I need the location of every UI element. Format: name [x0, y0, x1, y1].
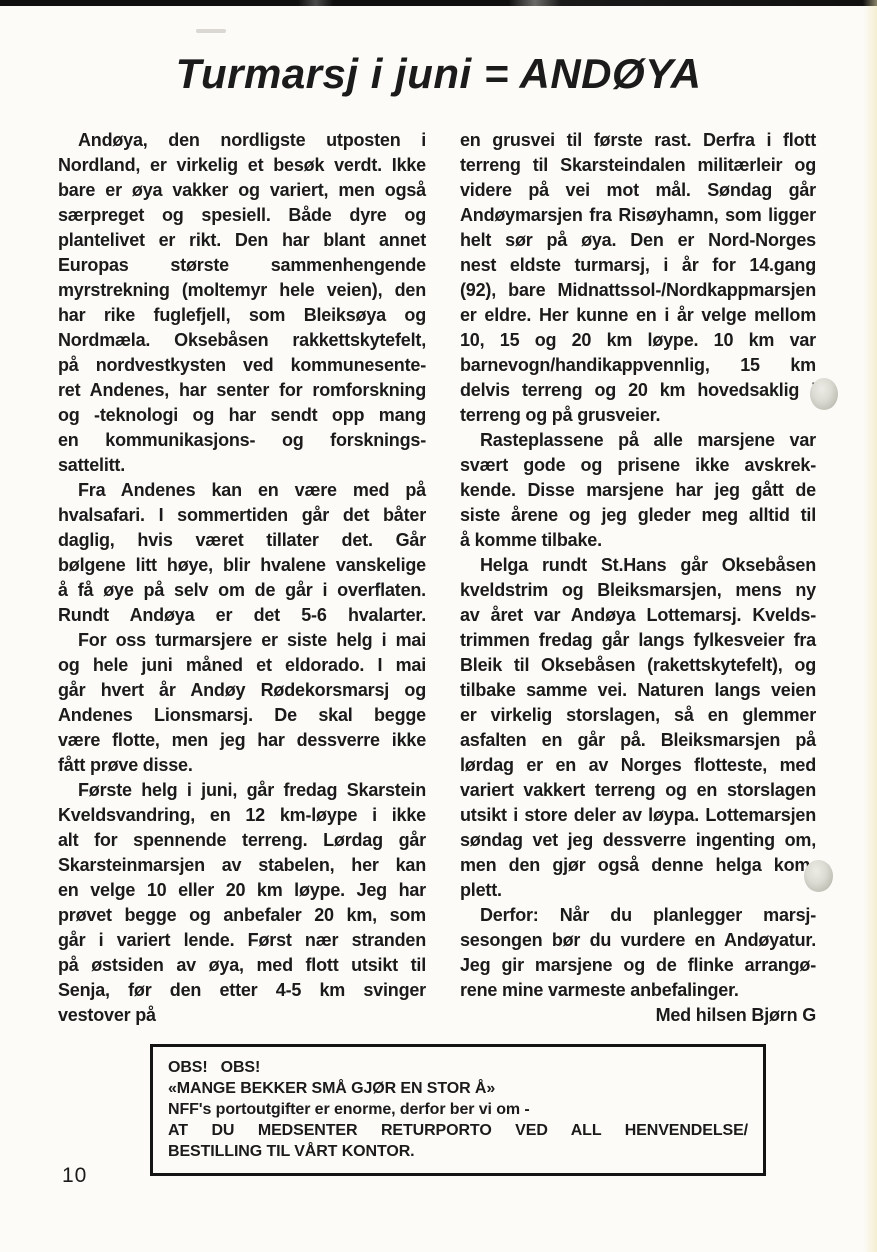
article-right-column: en grusvei til første rast. Derfra i flo…	[460, 128, 816, 1028]
text-line: sattelitt.	[58, 453, 426, 478]
page-number: 10	[62, 1163, 87, 1189]
notice-box: OBS! OBS!«MANGE BEKKER SMÅ GJØR EN STOR …	[150, 1044, 766, 1176]
text-line: videre på vei mot mål. Søndag går	[460, 178, 816, 203]
text-line: Rundt Andøya er det 5-6 hvalarter.	[58, 603, 426, 628]
scan-edge-bar	[0, 0, 877, 6]
text-line: på nordvestkysten ved kommunesente-	[58, 353, 426, 378]
text-line: 10, 15 og 20 km løype. 10 km var	[460, 328, 816, 353]
text-line: kveldstrim og Bleiksmarsjen, mens ny	[460, 578, 816, 603]
text-line: plett.	[460, 878, 816, 903]
text-line: Nordmæla. Oksebåsen rakkettskytefelt,	[58, 328, 426, 353]
text-line: går i variert lende. Først nær stranden	[58, 928, 426, 953]
notice-line: OBS! OBS!	[168, 1057, 748, 1078]
text-line: utsikt i store deler av løypa. Lottemars…	[460, 803, 816, 828]
text-line: være flotte, men jeg har dessverre ikke	[58, 728, 426, 753]
notice-line: BESTILLING TIL VÅRT KONTOR.	[168, 1141, 748, 1162]
scan-smudge	[196, 29, 226, 33]
notice-line: «MANGE BEKKER SMÅ GJØR EN STOR Å»	[168, 1078, 748, 1099]
text-line: er eldre. Her kunne en i år velge mellom	[460, 303, 816, 328]
text-line: Europas største sammenhengende	[58, 253, 426, 278]
text-line: vestover på	[58, 1003, 426, 1028]
text-line: Første helg i juni, går fredag Skarstein	[58, 778, 426, 803]
text-line: av året var Andøya Lottemarsj. Kvelds-	[460, 603, 816, 628]
text-line: Fra Andenes kan en være med på	[58, 478, 426, 503]
text-line: nest eldste turmarsj, i år for 14.gang	[460, 253, 816, 278]
text-line: hvalsafari. I sommertiden går det båter	[58, 503, 426, 528]
text-line: Derfor: Når du planlegger marsj-	[460, 903, 816, 928]
text-line: daglig, hvis været tillater det. Går	[58, 528, 426, 553]
text-line: og hele juni måned et eldorado. I mai	[58, 653, 426, 678]
text-line: er virkelig storslagen, så en glemmer	[460, 703, 816, 728]
text-line: delvis terreng og 20 km hovedsaklig i	[460, 378, 816, 403]
text-line: siste årene og jeg gleder meg alltid til	[460, 503, 816, 528]
text-line: asfalten en går på. Bleiksmarsjen på	[460, 728, 816, 753]
text-line: fått prøve disse.	[58, 753, 426, 778]
text-line: (92), bare Midnattssol-/Nordkappmarsjen	[460, 278, 816, 303]
notice-line: AT DU MEDSENTER RETURPORTO VED ALL HENVE…	[168, 1120, 748, 1141]
text-line: Andenes Lionsmarsj. De skal begge	[58, 703, 426, 728]
page-edge-shading	[863, 0, 877, 1252]
text-line: Andøymarsjen fra Risøyhamn, som ligger	[460, 203, 816, 228]
text-line: variert vakkert terreng og en storslagen	[460, 778, 816, 803]
article-title: Turmarsj i juni = ANDØYA	[0, 50, 877, 98]
scanned-page: Turmarsj i juni = ANDØYA Andøya, den nor…	[0, 0, 877, 1252]
text-line: Med hilsen Bjørn G	[460, 1003, 816, 1028]
text-line: bare er øya vakker og variert, men også	[58, 178, 426, 203]
text-line: For oss turmarsjere er siste helg i mai	[58, 628, 426, 653]
text-line: terreng til Skarsteindalen militærleir o…	[460, 153, 816, 178]
text-line: kende. Disse marsjene har jeg gått de	[460, 478, 816, 503]
text-line: ret Andenes, har senter for romforskning	[58, 378, 426, 403]
hole-punch-mark	[810, 378, 838, 410]
notice-line: NFF's portoutgifter er enorme, derfor be…	[168, 1099, 748, 1120]
text-line: har rike fuglefjell, som Bleiksøya og	[58, 303, 426, 328]
text-line: på østsiden av øya, med flott utsikt til	[58, 953, 426, 978]
text-line: Jeg gir marsjene og de flinke arrangø-	[460, 953, 816, 978]
text-line: helt sør på øya. Den er Nord-Norges	[460, 228, 816, 253]
text-line: søndag vet jeg dessverre ingenting om,	[460, 828, 816, 853]
text-line: sesongen bør du vurdere en Andøyatur.	[460, 928, 816, 953]
article-left-column: Andøya, den nordligste utposten iNordlan…	[58, 128, 426, 1028]
text-line: bølgene litt høye, blir hvalene vanskeli…	[58, 553, 426, 578]
text-line: å komme tilbake.	[460, 528, 816, 553]
text-line: Nordland, er virkelig et besøk verdt. Ik…	[58, 153, 426, 178]
text-line: trimmen fredag går langs fylkesveier fra	[460, 628, 816, 653]
text-line: en velge 10 eller 20 km løype. Jeg har	[58, 878, 426, 903]
text-line: plantelivet er rikt. Den har blant annet	[58, 228, 426, 253]
hole-punch-mark	[804, 860, 833, 892]
text-line: går hvert år Andøy Rødekorsmarsj og	[58, 678, 426, 703]
text-line: og -teknologi og har sendt opp mang	[58, 403, 426, 428]
text-line: prøvet begge og anbefaler 20 km, som	[58, 903, 426, 928]
text-line: terreng og på grusveier.	[460, 403, 816, 428]
text-line: tilbake samme vei. Naturen langs veien	[460, 678, 816, 703]
text-line: men den gjør også denne helga kom-	[460, 853, 816, 878]
text-line: Kveldsvandring, en 12 km-løype i ikke	[58, 803, 426, 828]
text-line: å få øye på selv om de går i overflaten.	[58, 578, 426, 603]
text-line: Rasteplassene på alle marsjene var	[460, 428, 816, 453]
text-line: myrstrekning (moltemyr hele veien), den	[58, 278, 426, 303]
text-line: alt for spennende terreng. Lørdag går	[58, 828, 426, 853]
text-line: Skarsteinmarsjen av stabelen, her kan	[58, 853, 426, 878]
text-line: Andøya, den nordligste utposten i	[58, 128, 426, 153]
text-line: en kommunikasjons- og forsknings-	[58, 428, 426, 453]
text-line: en grusvei til første rast. Derfra i flo…	[460, 128, 816, 153]
text-line: barnevogn/handikappvennlig, 15 km	[460, 353, 816, 378]
text-line: rene mine varmeste anbefalinger.	[460, 978, 816, 1003]
text-line: Helga rundt St.Hans går Oksebåsen	[460, 553, 816, 578]
text-line: Bleik til Oksebåsen (rakettskytefelt), o…	[460, 653, 816, 678]
text-line: Senja, før den etter 4-5 km svinger	[58, 978, 426, 1003]
text-line: særpreget og spesiell. Både dyre og	[58, 203, 426, 228]
text-line: svært gode og prisene ikke avskrek-	[460, 453, 816, 478]
text-line: lørdag er en av Norges flotteste, med	[460, 753, 816, 778]
